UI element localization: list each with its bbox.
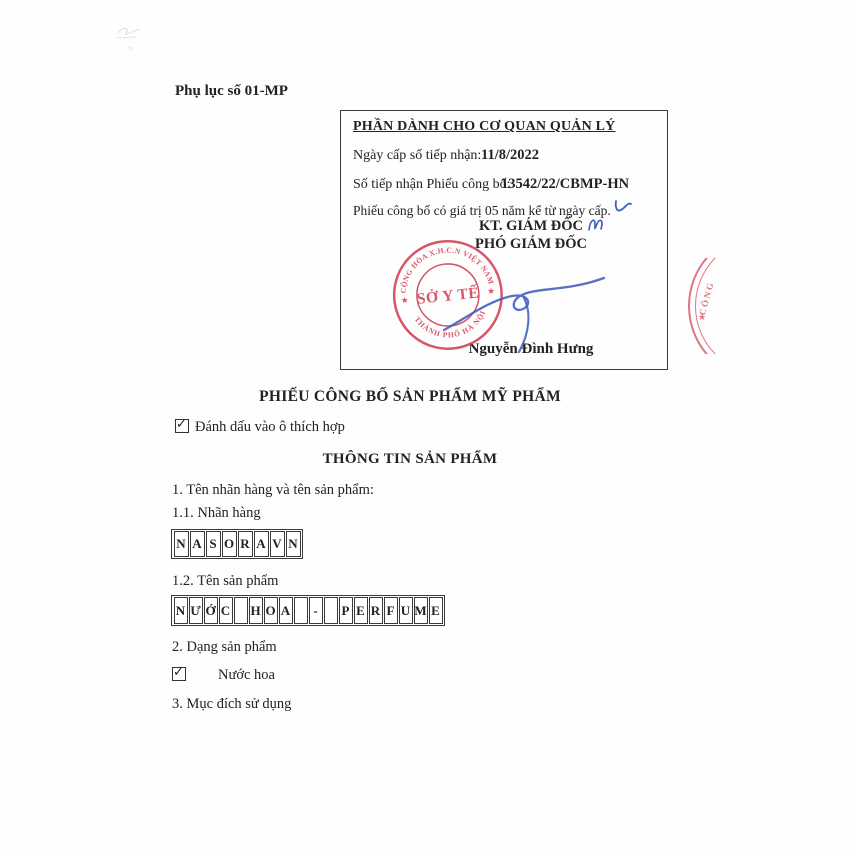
pen-checkmark: [613, 197, 635, 217]
brand-name-letter-boxes: NASORAVN: [171, 529, 303, 559]
receipt-number-label: Số tiếp nhận Phiếu công bố:: [353, 177, 511, 192]
document-title: PHIẾU CÔNG BỐ SẢN PHẨM MỸ PHẨM: [0, 388, 820, 406]
letter-cell: C: [219, 597, 233, 624]
item1-label: 1. Tên nhãn hàng và tên sản phẩm:: [172, 481, 374, 499]
appendix-label: Phụ lục số 01-MP: [175, 82, 288, 101]
check-note-checkbox: ✓: [175, 419, 189, 433]
letter-cell: [324, 597, 338, 624]
letter-cell: M: [414, 597, 428, 624]
letter-cell: A: [254, 531, 269, 557]
product-name-letter-boxes: NƯỚCHOA-PERFUME: [171, 595, 445, 626]
product-form-checkbox: ✓: [172, 667, 186, 681]
section-heading: THÔNG TIN SẢN PHẨM: [0, 451, 820, 468]
letter-cell: A: [190, 531, 205, 557]
letter-cell: -: [309, 597, 323, 624]
letter-cell: E: [354, 597, 368, 624]
letter-cell: [294, 597, 308, 624]
receipt-date-label: Ngày cấp số tiếp nhận:: [353, 148, 481, 163]
letter-cell: U: [399, 597, 413, 624]
handwritten-signature: [438, 266, 613, 358]
letter-cell: Ư: [189, 597, 203, 624]
letter-cell: F: [384, 597, 398, 624]
checkmark-icon: ✓: [173, 664, 184, 680]
letter-cell: S: [206, 531, 221, 557]
letter-cell: A: [279, 597, 293, 624]
product-form-option-label: Nước hoa: [218, 667, 275, 683]
partial-stamp-right-edge: ★ CÔNG: [682, 258, 724, 354]
letter-cell: N: [174, 597, 188, 624]
letter-cell: E: [429, 597, 443, 624]
letter-cell: [234, 597, 248, 624]
receipt-number-row: Số tiếp nhận Phiếu công bố: 13542/22/CBM…: [353, 177, 653, 193]
check-note-row: ✓ Đánh dấu vào ô thích hợp: [175, 418, 345, 436]
item1-1-label: 1.1. Nhãn hàng: [172, 504, 261, 522]
letter-cell: O: [264, 597, 278, 624]
letter-cell: N: [286, 531, 301, 557]
product-form-option-row: ✓ Nước hoa: [172, 666, 275, 684]
item1-2-label: 1.2. Tên sản phẩm: [172, 572, 278, 590]
letter-cell: V: [270, 531, 285, 557]
receipt-date-row: Ngày cấp số tiếp nhận: 11/8/2022: [353, 148, 653, 164]
letter-cell: R: [238, 531, 253, 557]
checkmark-icon: ✓: [176, 416, 187, 432]
item2-label: 2. Dạng sản phẩm: [172, 638, 277, 656]
letter-cell: P: [339, 597, 353, 624]
signer-title-1: KT. GIÁM ĐỐC: [421, 217, 641, 235]
letter-cell: O: [222, 531, 237, 557]
receipt-number-value: 13542/22/CBMP-HN: [501, 176, 629, 193]
letter-cell: R: [369, 597, 383, 624]
check-note-label: Đánh dấu vào ô thích hợp: [195, 419, 345, 435]
document-page: Phụ lục số 01-MP PHẦN DÀNH CHO CƠ QUAN Q…: [0, 0, 849, 849]
item3-label: 3. Mục đích sử dụng: [172, 695, 291, 713]
letter-cell: N: [174, 531, 189, 557]
pen-initials-mark: [586, 214, 608, 236]
pencil-scribble-marks: [100, 5, 170, 55]
letter-cell: Ớ: [204, 597, 218, 624]
letter-cell: H: [249, 597, 263, 624]
stamp-left-star: ★: [400, 295, 409, 306]
receipt-date-value: 11/8/2022: [481, 147, 539, 164]
authority-heading: PHẦN DÀNH CHO CƠ QUAN QUẢN LÝ: [353, 119, 615, 135]
